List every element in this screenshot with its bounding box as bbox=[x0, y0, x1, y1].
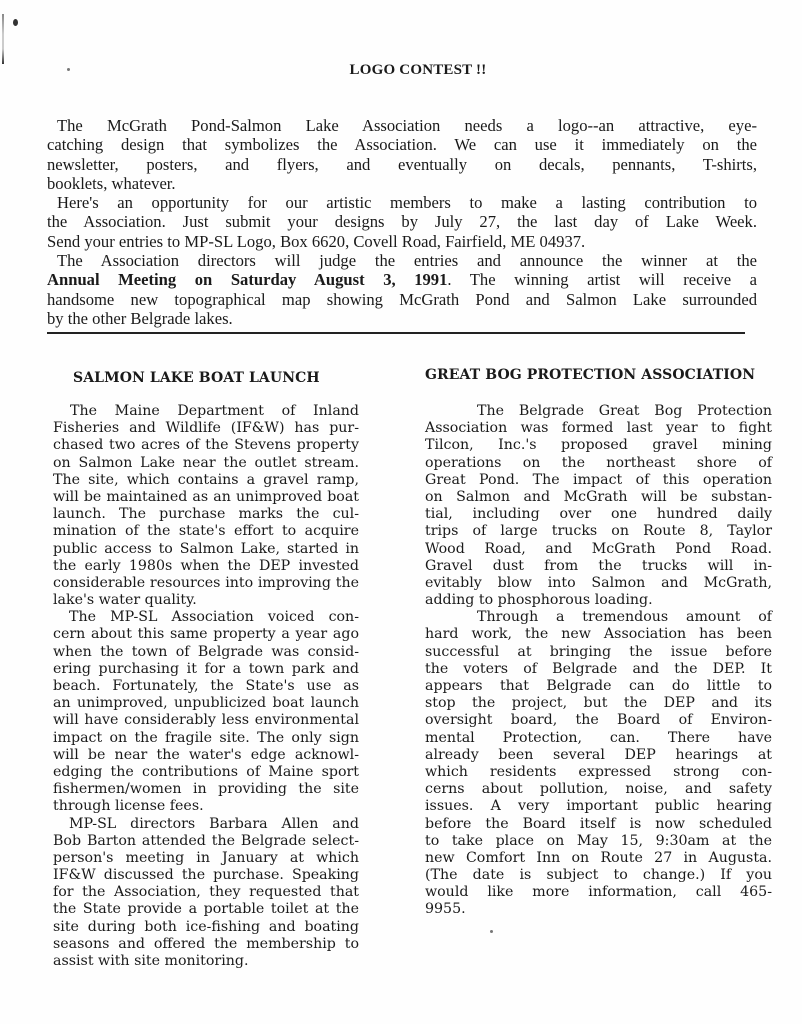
logo-contest-title: LOGO CONTEST !! bbox=[17, 62, 802, 79]
article-line: cerns about pollution, noise, and safety bbox=[425, 781, 772, 798]
article-line: through license fees. bbox=[53, 798, 359, 815]
article-line: 9955. bbox=[425, 901, 772, 918]
article-line: Fisheries and Wildlife (IF&W) has pur- bbox=[53, 420, 359, 437]
article-line: will have considerably less environmenta… bbox=[53, 712, 359, 729]
article-line: on Salmon and McGrath will be substan- bbox=[425, 489, 772, 506]
scan-mark bbox=[2, 14, 4, 64]
article-line: would like more information, call 465- bbox=[425, 884, 772, 901]
article-line: launch. The purchase marks the cul- bbox=[53, 506, 359, 523]
article-line: adding to phosphorous loading. bbox=[425, 592, 772, 609]
article-line: impact on the fragile site. The only sig… bbox=[53, 730, 359, 747]
article-line: seasons and offered the membership to bbox=[53, 936, 359, 953]
newsletter-page: LOGO CONTEST !! The McGrath Pond-Salmon … bbox=[0, 0, 802, 1024]
article-line: fishermen/women in providing the site bbox=[53, 781, 359, 798]
article-line: IF&W discussed the purchase. Speaking bbox=[53, 867, 359, 884]
article-line: stop the project, but the DEP and its bbox=[425, 695, 772, 712]
salmon-lake-heading: SALMON LAKE BOAT LAUNCH bbox=[73, 370, 320, 386]
article-line: beach. Fortunately, the State's use as bbox=[53, 678, 359, 695]
article-line: Through a tremendous amount of bbox=[425, 609, 772, 626]
article-line: person's meeting in January at which bbox=[53, 850, 359, 867]
logo-contest-body: The McGrath Pond-Salmon Lake Association… bbox=[47, 116, 757, 328]
annual-meeting-date: Annual Meeting on Saturday August 3, 199… bbox=[47, 270, 447, 289]
paragraph-line: catching design that symbolizes the Asso… bbox=[47, 135, 757, 154]
paragraph-line: newsletter, posters, and flyers, and eve… bbox=[47, 155, 757, 174]
paragraph-line: Here's an opportunity for our artistic m… bbox=[47, 193, 757, 212]
paragraph-line: The Association directors will judge the… bbox=[47, 251, 757, 270]
scan-mark bbox=[13, 19, 18, 26]
article-line: trips of large trucks on Route 8, Taylor bbox=[425, 523, 772, 540]
paragraph-line: handsome new topographical map showing M… bbox=[47, 290, 757, 309]
article-line: lake's water quality. bbox=[53, 592, 359, 609]
article-line: MP-SL directors Barbara Allen and bbox=[53, 816, 359, 833]
article-line: oversight board, the Board of Environ- bbox=[425, 712, 772, 729]
article-line: cern about this same property a year ago bbox=[53, 626, 359, 643]
paragraph-line: Annual Meeting on Saturday August 3, 199… bbox=[47, 270, 757, 289]
article-line: Gravel dust from the trucks will in- bbox=[425, 558, 772, 575]
article-line: to take place on May 15, 9:30am at the bbox=[425, 833, 772, 850]
article-line: The Maine Department of Inland bbox=[53, 403, 359, 420]
article-line: which residents expressed strong con- bbox=[425, 764, 772, 781]
article-line: new Comfort Inn on Route 27 in Augusta. bbox=[425, 850, 772, 867]
article-line: Wood Road, and McGrath Pond Road. bbox=[425, 541, 772, 558]
article-line: for the Association, they requested that bbox=[53, 884, 359, 901]
article-line: The MP-SL Association voiced con- bbox=[53, 609, 359, 626]
paragraph-line: by the other Belgrade lakes. bbox=[47, 309, 757, 328]
article-line: (The date is subject to change.) If you bbox=[425, 867, 772, 884]
article-line: on Salmon Lake near the outlet stream. bbox=[53, 455, 359, 472]
article-line: edging the contributions of Maine sport bbox=[53, 764, 359, 781]
article-line: The Belgrade Great Bog Protection bbox=[425, 403, 772, 420]
article-line: assist with site monitoring. bbox=[53, 953, 359, 970]
article-line: tial, including over one hundred daily bbox=[425, 506, 772, 523]
article-line: evitably blow into Salmon and McGrath, bbox=[425, 575, 772, 592]
paragraph-line: Send your entries to MP-SL Logo, Box 662… bbox=[47, 232, 757, 251]
article-line: the voters of Belgrade and the DEP. It bbox=[425, 661, 772, 678]
article-line: The site, which contains a gravel ramp, bbox=[53, 472, 359, 489]
article-line: chased two acres of the Stevens property bbox=[53, 437, 359, 454]
article-line: public access to Salmon Lake, started in bbox=[53, 541, 359, 558]
paragraph-line: booklets, whatever. bbox=[47, 174, 757, 193]
section-divider bbox=[47, 332, 745, 334]
article-line: the early 1980s when the DEP invested bbox=[53, 558, 359, 575]
article-line: Association was formed last year to figh… bbox=[425, 420, 772, 437]
salmon-lake-article: The Maine Department of Inland Fisheries… bbox=[53, 403, 359, 970]
article-line: Tilcon, Inc.'s proposed gravel mining bbox=[425, 437, 772, 454]
article-line: hard work, the new Association has been bbox=[425, 626, 772, 643]
great-bog-heading: GREAT BOG PROTECTION ASSOCIATION bbox=[425, 367, 755, 383]
article-line: will be maintained as an unimproved boat bbox=[53, 489, 359, 506]
article-line: before the Board itself is now scheduled bbox=[425, 816, 772, 833]
article-line: an unimproved, unpublicized boat launch bbox=[53, 695, 359, 712]
article-line: Bob Barton attended the Belgrade select- bbox=[53, 833, 359, 850]
great-bog-article: The Belgrade Great Bog Protection Associ… bbox=[425, 403, 772, 919]
article-line: mination of the state's effort to acquir… bbox=[53, 523, 359, 540]
article-line: issues. A very important public hearing bbox=[425, 798, 772, 815]
article-line: will be near the water's edge acknowl- bbox=[53, 747, 359, 764]
paragraph-line: The McGrath Pond-Salmon Lake Association… bbox=[47, 116, 757, 135]
article-line: operations on the northeast shore of bbox=[425, 455, 772, 472]
article-line: considerable resources into improving th… bbox=[53, 575, 359, 592]
article-line: already been several DEP hearings at bbox=[425, 747, 772, 764]
article-line: site during both ice-fishing and boating bbox=[53, 919, 359, 936]
article-line: when the town of Belgrade was consid- bbox=[53, 644, 359, 661]
article-line: successful at bringing the issue before bbox=[425, 644, 772, 661]
article-line: appears that Belgrade can do little to bbox=[425, 678, 772, 695]
scan-speck bbox=[490, 930, 493, 933]
paragraph-text: . The winning artist will receive a bbox=[447, 270, 757, 289]
article-line: ering purchasing it for a town park and bbox=[53, 661, 359, 678]
article-line: mental Protection, can. There have bbox=[425, 730, 772, 747]
paragraph-line: the Association. Just submit your design… bbox=[47, 212, 757, 231]
article-line: the State provide a portable toilet at t… bbox=[53, 901, 359, 918]
article-line: Great Pond. The impact of this operation bbox=[425, 472, 772, 489]
